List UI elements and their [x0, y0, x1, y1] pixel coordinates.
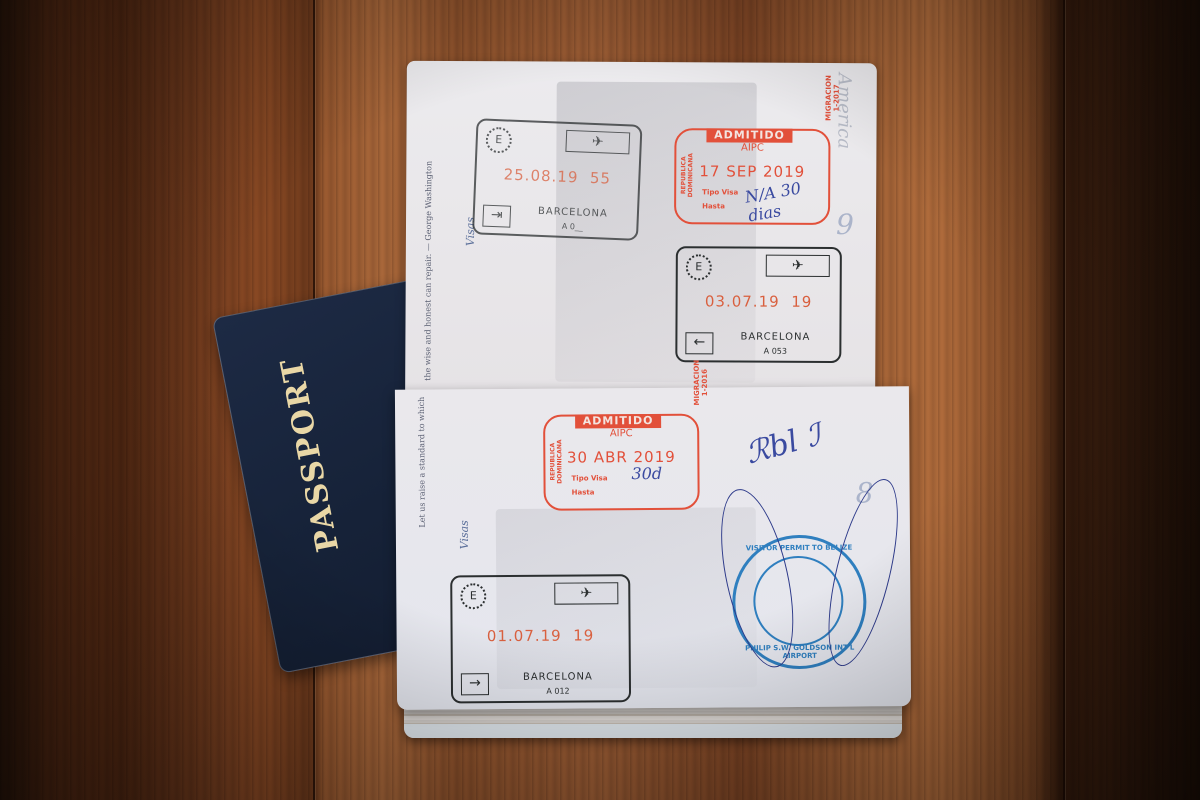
handwritten-note: N/A 30 dias [744, 174, 831, 225]
passport-cover-title: PASSPORT [274, 354, 346, 555]
stamp-field: Hasta [702, 202, 725, 210]
eu-stars-icon: E [460, 583, 486, 609]
stamp-code: A 012 [493, 686, 623, 696]
wooden-table-scene: PASSPORT the wise and honest can repair.… [0, 0, 1200, 800]
entry-arrow-icon: → [461, 673, 489, 695]
airplane-icon: ✈ [554, 582, 618, 604]
visa-page-top: the wise and honest can repair. — George… [405, 61, 877, 393]
stamp-field: Tipo Visa [702, 188, 738, 196]
stamp-code: A 0__ [514, 220, 630, 234]
stamp-date: 01.07.19 19 [453, 626, 629, 645]
entry-arrow-icon: ⇥ [482, 205, 511, 228]
stamp-authority: MIGRACION1-2017 [824, 59, 840, 137]
schengen-stamp: E ✈ 01.07.19 19 → BARCELONA A 012 [450, 574, 631, 703]
stamp-code: A 053 [717, 346, 833, 356]
stamp-date: 25.08.19 55 [476, 164, 639, 188]
stamp-banner: ADMITIDO [575, 414, 661, 429]
airplane-icon: ✈ [766, 255, 830, 277]
stamp-field: Hasta [572, 488, 595, 496]
stamp-country: REPUBLICA DOMINICANA [549, 423, 564, 501]
stamp-office: AIPC [676, 142, 828, 154]
page-number: 9 [836, 208, 854, 241]
stamp-authority: MIGRACION1-2016 [693, 344, 710, 422]
stamp-city: BARCELONA [717, 331, 833, 343]
dominican-entry-stamp: ADMITIDO AIPC 30 ABR 2019 Tipo Visa Hast… [543, 414, 700, 511]
visas-label: Visas [458, 520, 471, 549]
eu-stars-icon: E [485, 127, 512, 154]
stamp-date: 30 ABR 2019 [545, 448, 697, 467]
stamp-date: 03.07.19 19 [678, 292, 840, 311]
plank-seam [1063, 0, 1065, 800]
handwritten-signature: ℛbl ℐ [742, 418, 825, 472]
stamp-banner: ADMITIDO [706, 128, 792, 142]
visa-page-bottom: Let us raise a standard to which Visas 8… [395, 386, 911, 710]
open-passport: the wise and honest can repair. — George… [396, 62, 912, 742]
eu-stars-icon: E [686, 254, 712, 280]
stamp-country: REPUBLICA DOMINICANA [680, 136, 694, 214]
schengen-stamp: E ✈ 25.08.19 55 ⇥ BARCELONA A 0__ [472, 118, 643, 241]
airplane-icon: ✈ [565, 130, 630, 155]
stamp-office: AIPC [545, 428, 697, 440]
stamp-city: BARCELONA [515, 205, 631, 221]
dominican-entry-stamp: ADMITIDO AIPC 17 SEP 2019 Tipo Visa Hast… [674, 128, 831, 225]
stamp-city: BARCELONA [493, 671, 623, 683]
stamp-field: Tipo Visa [571, 474, 607, 482]
page-quote: the wise and honest can repair. — George… [423, 161, 433, 381]
page-quote: Let us raise a standard to which [417, 397, 427, 528]
handwritten-note: 30d [631, 464, 662, 483]
